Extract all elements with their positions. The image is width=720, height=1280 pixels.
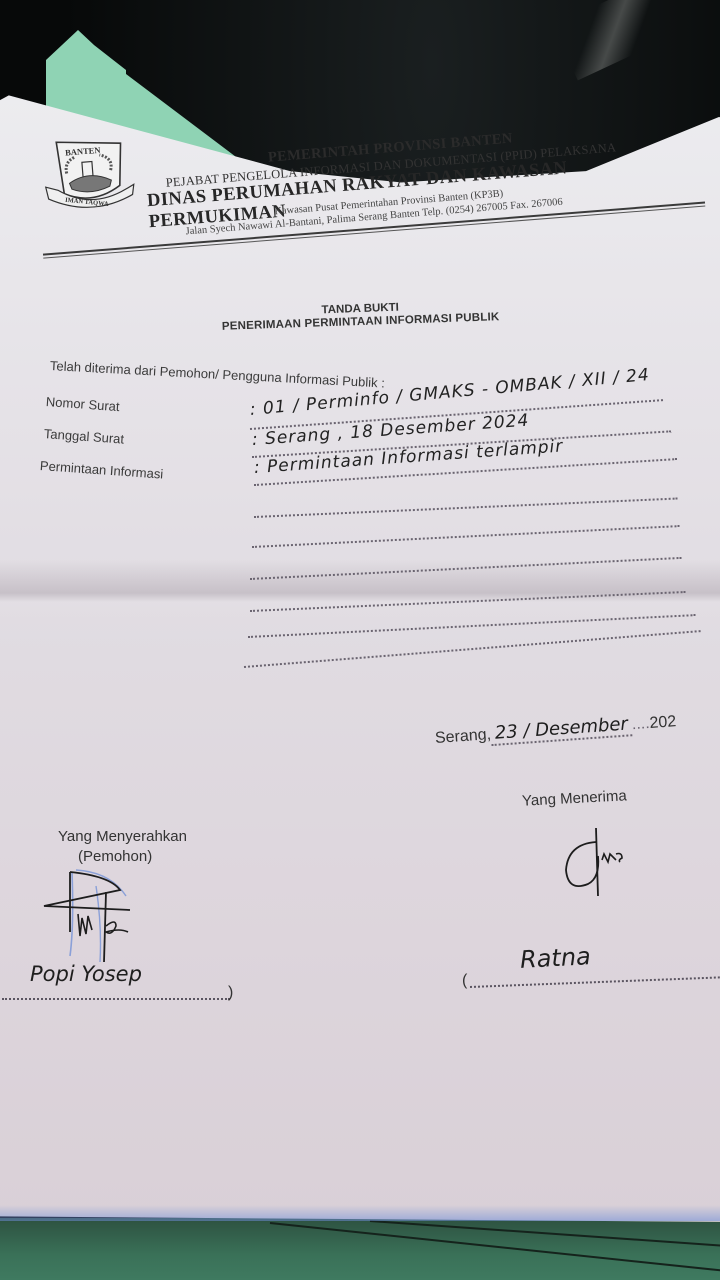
surface-line — [370, 1220, 720, 1247]
blank-line — [250, 591, 686, 612]
blank-line — [248, 614, 696, 638]
paper-bottom-edge — [0, 1205, 720, 1221]
blank-line — [250, 557, 682, 580]
label-tanggal-surat: Tanggal Surat — [43, 426, 124, 447]
giver-name-line — [2, 998, 230, 1000]
receiver-open-paren: ( — [462, 972, 467, 990]
blank-line — [252, 525, 680, 548]
blank-line — [244, 630, 701, 668]
form-intro: Telah diterima dari Pemohon/ Pengguna In… — [50, 358, 386, 391]
receiver-signature — [560, 826, 640, 898]
year-printed: 202 — [649, 713, 677, 732]
green-surface-bottom — [0, 1218, 720, 1280]
banten-crest-icon: BANTEN IMAN TAQWA — [40, 132, 137, 211]
giver-subtitle: (Pemohon) — [78, 848, 152, 865]
giver-name: Popi Yosep — [30, 962, 142, 986]
giver-close-paren: ) — [228, 984, 233, 1002]
label-nomor-surat: Nomor Surat — [45, 394, 120, 414]
place-label: Serang, — [434, 726, 491, 747]
giver-title: Yang Menyerahkan — [50, 828, 195, 845]
request-form: Telah diterima dari Pemohon/ Pengguna In… — [36, 350, 716, 680]
blank-line — [254, 498, 678, 518]
label-permintaan-informasi: Permintaan Informasi — [39, 458, 163, 482]
giver-signature — [30, 866, 150, 976]
receiver-name: Ratna — [519, 942, 591, 974]
